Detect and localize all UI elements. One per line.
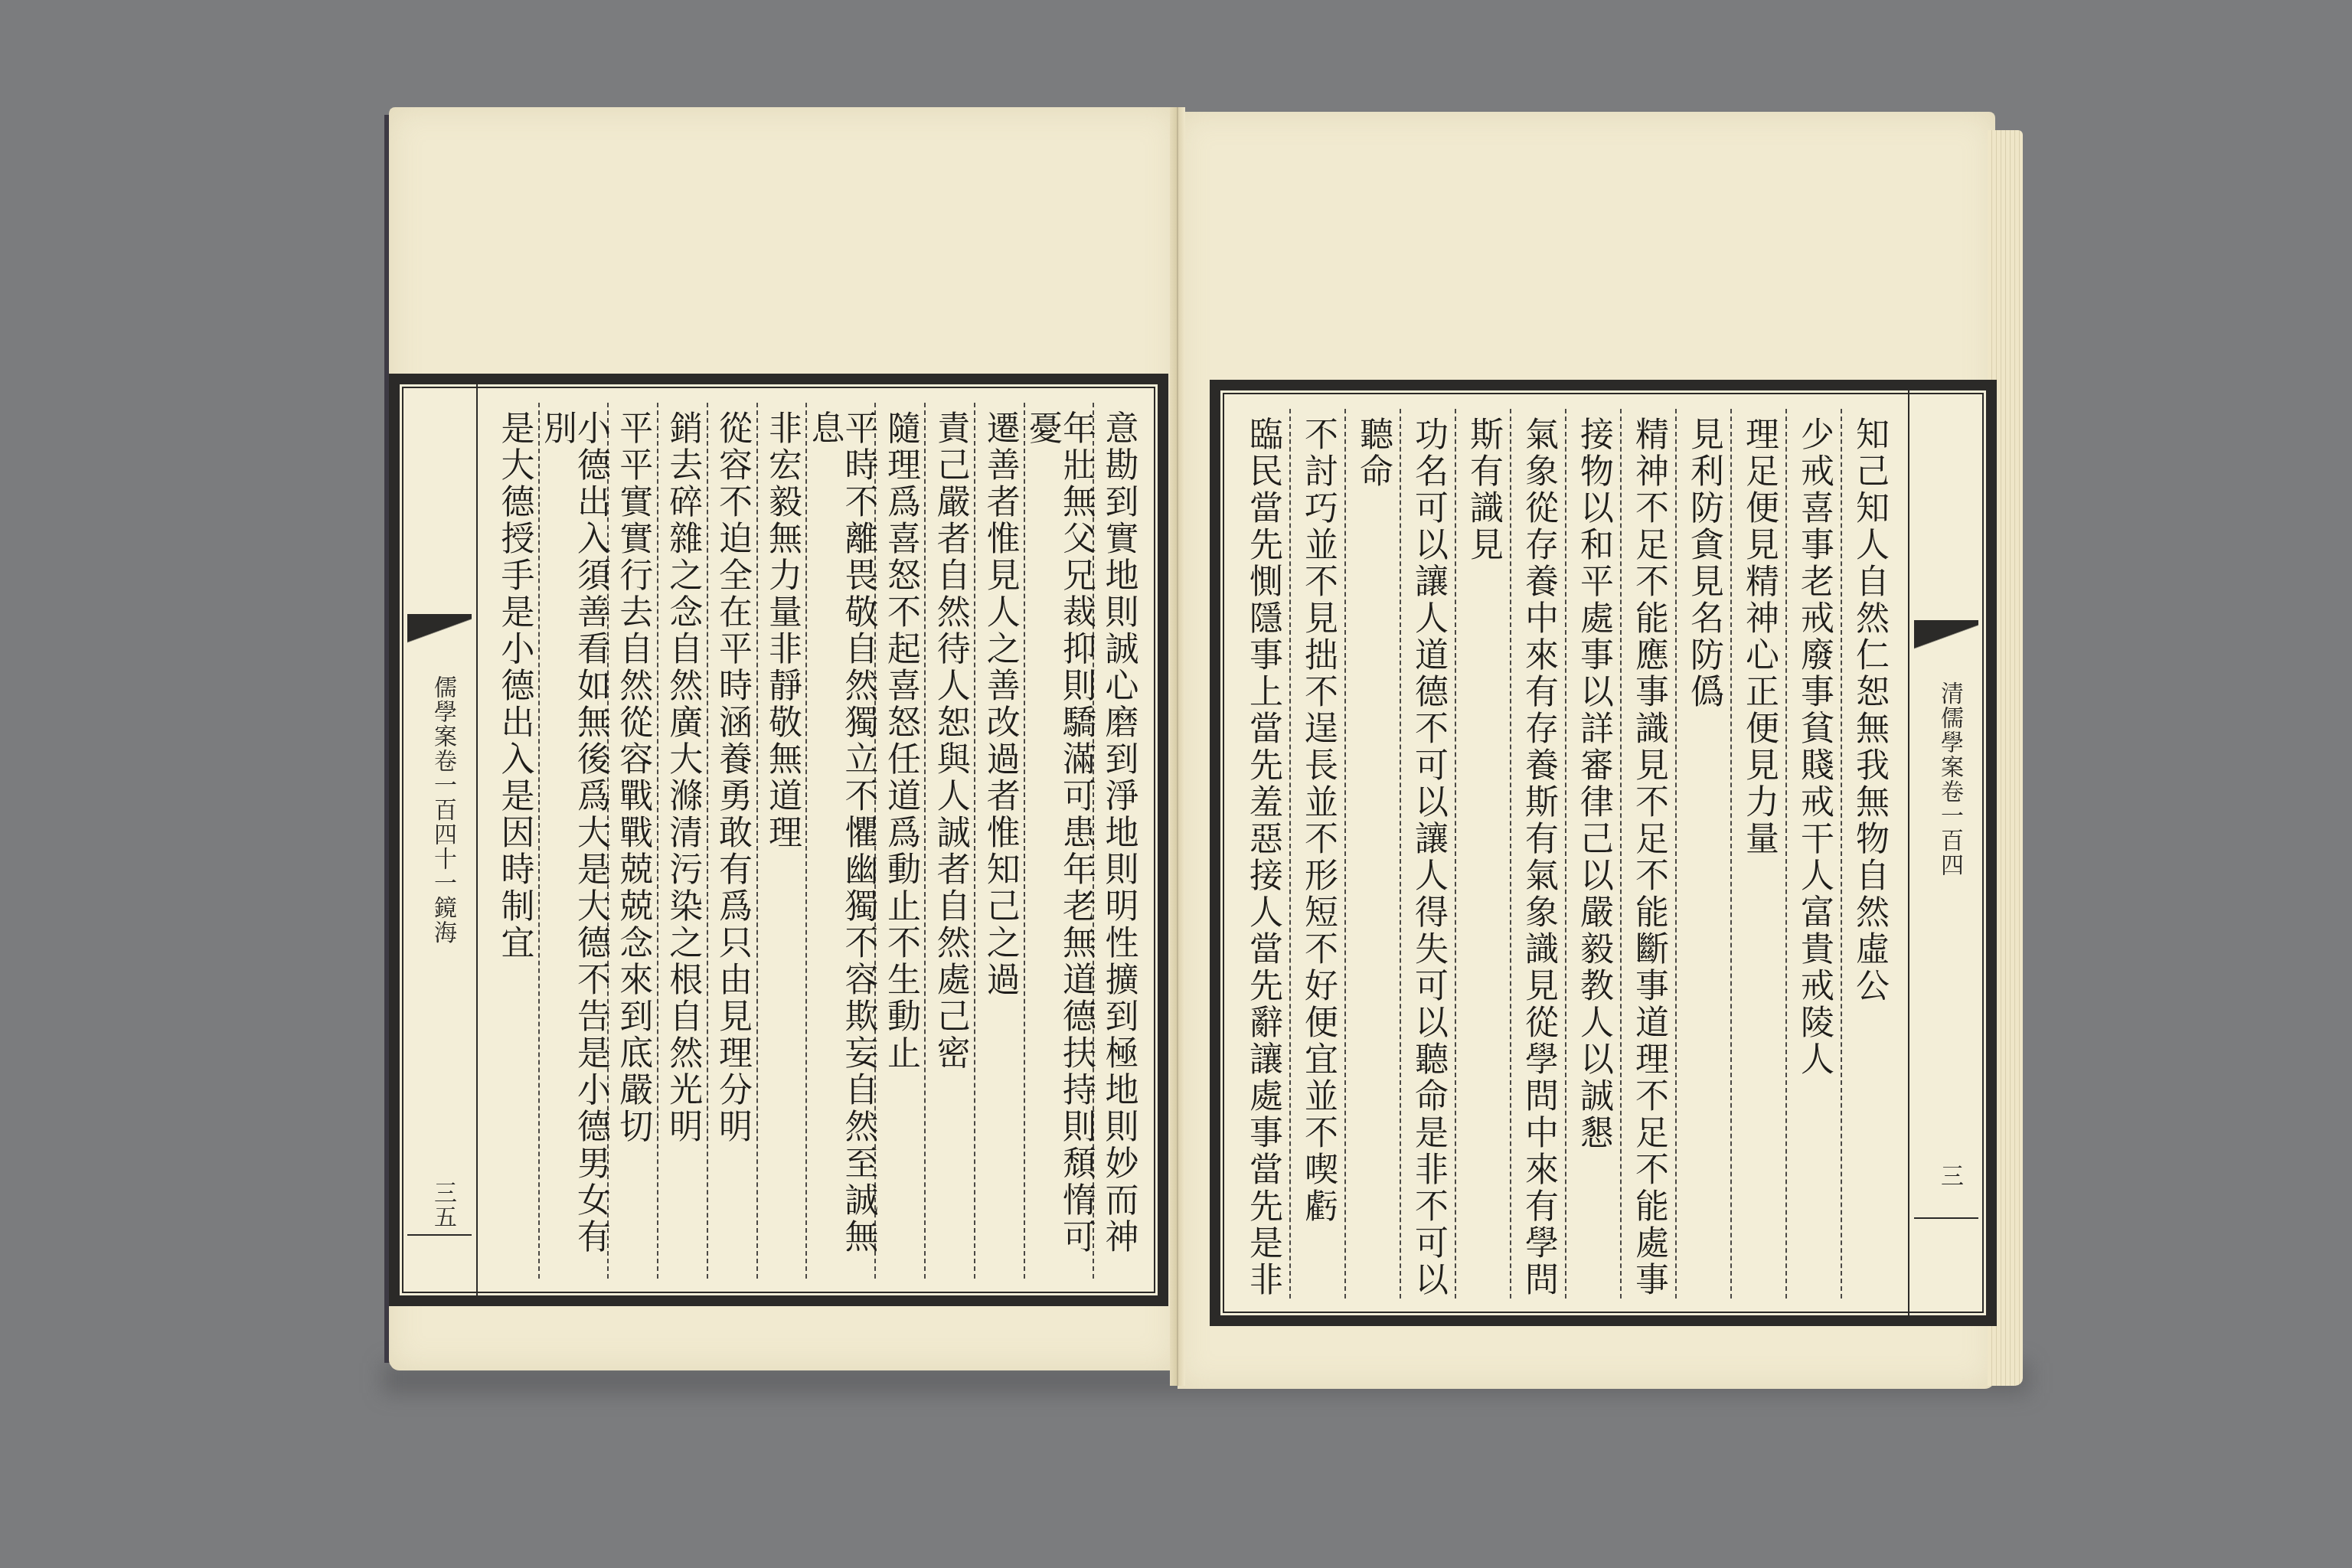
right-fold-column: 清儒學案卷一百四 三 [1908,390,1983,1315]
left-fold-column: 儒學案卷一百四十一鏡海 三五 [403,384,478,1295]
text-column: 功名可以讓人道德不可以讓人得失可以聽命是非不可以 [1400,409,1455,1298]
left-fold-title: 儒學案卷一百四十一鏡海 [426,675,459,945]
right-text-columns: 知己知人自然仁恕無我無物自然虛公 少戒喜事老戒廢事貧賤戒干人富貴戒陵人 理足便見… [1236,409,1896,1298]
left-page-number: 三五 [426,1181,459,1230]
left-text-columns: 意勘到實地則誠心磨到淨地則明性擴到極地則妙而神 年壯無父兄裁抑則驕滿可患年老無道… [490,403,1142,1279]
text-column: 銷去碎雜之念自然廣大滌清污染之根自然光明 [657,403,707,1279]
text-column: 非宏毅無力量非靜敬無道理 [756,403,806,1279]
text-column: 平時不離畏敬自然獨立不懼幽獨不容欺妄自然至誠無息 [805,403,874,1279]
text-column: 接物以和平處事以詳審律己以嚴毅教人以誠懇 [1565,409,1620,1298]
text-column: 少戒喜事老戒廢事貧賤戒干人富貴戒陵人 [1785,409,1841,1298]
left-text-frame: 儒學案卷一百四十一鏡海 三五 意勘到實地則誠心磨到淨地則明性擴到極地則妙而神 年… [389,374,1168,1306]
right-fold-title: 清儒學案卷一百四 [1932,681,1966,877]
fishtail-mark-icon [1914,620,1978,666]
fold-divider [407,1234,472,1236]
text-column: 精神不足不能應事識見不足不能斷事道理不足不能處事 [1620,409,1675,1298]
text-column: 小德出入須善看如無後爲大是大德不告是小德男女有別 [538,403,607,1279]
text-column: 遷善者惟見人之善改過者惟知己之過 [974,403,1024,1279]
text-column: 理足便見精神心正便見力量 [1730,409,1785,1298]
text-column: 斯有識見 [1455,409,1510,1298]
text-column: 從容不迫全在平時涵養勇敢有爲只由見理分明 [707,403,756,1279]
text-column: 隨理爲喜怒不起喜怒任道爲動止不生動止 [874,403,924,1279]
fishtail-mark-icon [407,614,472,660]
text-column: 年壯無父兄裁抑則驕滿可患年老無道德扶持則頹惰可憂 [1024,403,1093,1279]
text-column: 不討巧並不見拙不逞長並不形短不好便宜並不喫虧 [1289,409,1344,1298]
text-column: 見利防貪見名防僞 [1675,409,1730,1298]
book-gutter [1170,107,1185,1386]
text-column: 是大德授手是小德出入是因時制宜 [490,403,538,1279]
text-column: 氣象從存養中來有存養斯有氣象識見從學問中來有學問 [1510,409,1565,1298]
text-column: 臨民當先惻隱事上當先羞惡接人當先辭讓處事當先是非 [1236,409,1289,1298]
right-page-number: 三 [1932,1164,1966,1188]
fold-divider [1914,1217,1978,1219]
text-column: 意勘到實地則誠心磨到淨地則明性擴到極地則妙而神 [1093,403,1142,1279]
text-column: 責己嚴者自然待人恕與人誠者自然處己密 [924,403,974,1279]
text-column: 知己知人自然仁恕無我無物自然虛公 [1841,409,1896,1298]
text-column: 平平實實行去自然從容戰戰兢兢念來到底嚴切 [607,403,657,1279]
text-column: 聽命 [1344,409,1400,1298]
right-text-frame: 清儒學案卷一百四 三 知己知人自然仁恕無我無物自然虛公 少戒喜事老戒廢事貧賤戒干… [1210,380,1997,1326]
